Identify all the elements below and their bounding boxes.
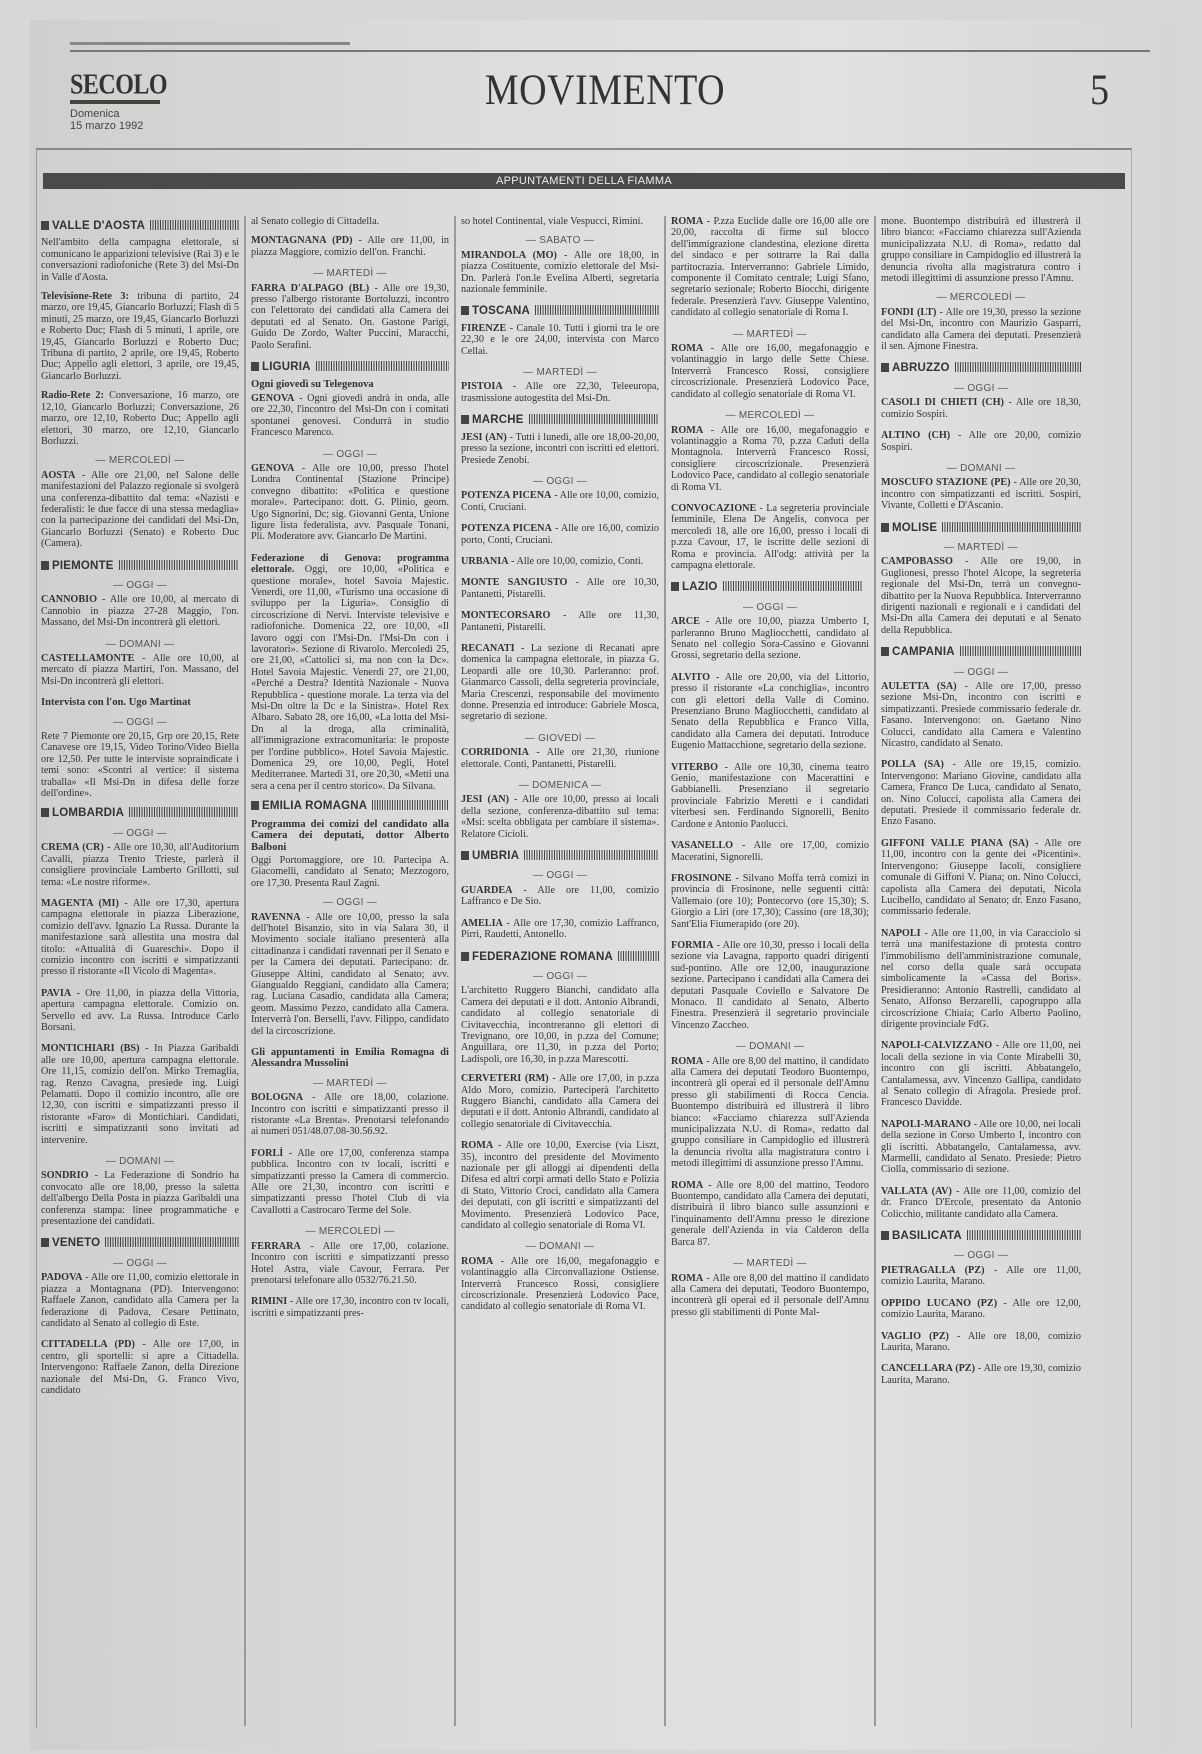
page-number: 5 [1090, 65, 1109, 116]
day-divider: — MARTEDÌ — [881, 542, 1081, 553]
event-details: - Alle ore 20,00, via del Littorio, pres… [671, 672, 869, 751]
event-entry: FROSINONE - Silvano Moffa terrà comizi i… [671, 873, 869, 930]
event-entry: OPPIDO LUCANO (PZ) - Alle ore 12,00, com… [881, 1298, 1081, 1321]
region-name: ABRUZZO [892, 362, 950, 374]
region-name: VENETO [52, 1237, 100, 1249]
event-entry: MOSCUFO STAZIONE (PE) - Alle ore 20,30, … [881, 477, 1081, 511]
event-place: FONDI (LT) [881, 307, 936, 318]
day-divider: — OGGI — [671, 602, 869, 613]
event-place: PIETRAGALLA (PZ) [881, 1265, 984, 1276]
event-place: ALTINO (CH) [881, 430, 950, 441]
event-details: - Alle ore 17,30, apertura campagna elet… [41, 898, 239, 977]
event-place: SONDRIO [41, 1170, 89, 1181]
hatch-rule [524, 850, 659, 860]
event-details: - Alle ore 19,00, in Guglionesi, presso … [881, 556, 1081, 635]
day-divider: — DOMANI — [41, 639, 239, 650]
event-place: ROMA [671, 1273, 703, 1284]
event-place: JESI (AN) [461, 794, 509, 805]
square-bullet-icon [251, 801, 259, 810]
square-bullet-icon [461, 415, 469, 424]
column-1: VALLE D'AOSTANell'ambito della campagna … [36, 216, 246, 1726]
event-place: PISTOIA [461, 381, 503, 392]
event-place: BOLOGNA [251, 1092, 303, 1103]
event-place: CITTADELLA (PD) [41, 1339, 135, 1350]
paragraph: Federazione di Genova: programma elettor… [251, 553, 449, 793]
event-place: NAPOLI-CALVIZZANO [881, 1040, 992, 1051]
square-bullet-icon [881, 363, 889, 372]
event-entry: AOSTA - Alle ore 21,00, nel Salone delle… [41, 470, 239, 550]
event-place: FARRA D'ALPAGO (BL) [251, 283, 369, 294]
subheading: Programma dei comizi del candidato alla … [251, 819, 449, 853]
day-divider: — MERCOLEDÌ — [41, 455, 239, 466]
event-entry: ROMA - Alle ore 8,00 del mattino, Teodor… [671, 1180, 869, 1248]
region-heading: FEDERAZIONE ROMANA [461, 951, 659, 963]
event-entry: FARRA D'ALPAGO (BL) - Alle ore 19,30, pr… [251, 283, 449, 351]
region-name: PIEMONTE [52, 560, 114, 572]
event-place: AMELIA [461, 918, 503, 929]
day-divider: — OGGI — [461, 476, 659, 487]
event-place: AOSTA [41, 470, 75, 481]
event-place: MAGENTA (MI) [41, 898, 119, 909]
day-divider: — MERCOLEDÌ — [881, 292, 1081, 303]
square-bullet-icon [41, 1238, 49, 1247]
event-place: RIMINI [251, 1296, 287, 1307]
event-entry: GUARDEA - Alle ore 11,00, comizio Laffra… [461, 885, 659, 908]
paragraph-text: Oggi Portomaggiore, ore 10. Partecipa A.… [251, 855, 449, 889]
event-entry: MONTE SANGIUSTO - Alle ore 10,30, Pantan… [461, 577, 659, 600]
event-entry: SONDRIO - La Federazione di Sondrio ha c… [41, 1170, 239, 1227]
event-entry: CASTELLAMONTE - Alle ore 10,00, al merca… [41, 653, 239, 687]
region-heading: EMILIA ROMAGNA [251, 800, 449, 812]
event-place: RECANATI [461, 643, 515, 654]
event-entry: CREMA (CR) - Alle ore 10,30, all'Auditor… [41, 842, 239, 888]
event-entry: FIRENZE - Canale 10. Tutti i giorni tra … [461, 323, 659, 357]
region-heading: VALLE D'AOSTA [41, 220, 239, 232]
event-place: PAVIA [41, 988, 71, 999]
day-divider: — DOMANI — [41, 1156, 239, 1167]
event-entry: CANNOBIO - Alle ore 10,00, al mercato di… [41, 594, 239, 628]
event-place: POTENZA PICENA [461, 523, 552, 534]
hatch-rule [955, 362, 1081, 372]
event-entry: FERRARA - Alle ore 17,00, colazione. Inc… [251, 1241, 449, 1287]
event-place: VALLATA (AV) [881, 1186, 952, 1197]
event-entry: VASANELLO - Alle ore 17,00, comizio Mace… [671, 840, 869, 863]
event-place: URBANIA [461, 556, 509, 567]
region-heading: MOLISE [881, 522, 1081, 534]
region-heading: TOSCANA [461, 305, 659, 317]
event-entry: POLLA (SA) - Alle ore 19,15, comizio. In… [881, 759, 1081, 827]
region-heading: LIGURIA [251, 361, 449, 373]
paragraph-lead: Radio-Rete 2: [41, 390, 104, 401]
column-2: al Senato collegio di Cittadella.MONTAGN… [246, 216, 456, 1726]
subheading: Gli appuntamenti in Emilia Romagna di Al… [251, 1047, 449, 1070]
region-heading: MARCHE [461, 414, 659, 426]
event-entry: JESI (AN) - Alle ore 10,00, presso ai lo… [461, 794, 659, 840]
event-place: PADOVA [41, 1272, 83, 1283]
paragraph: Nell'ambito della campagna elettorale, s… [41, 237, 239, 283]
square-bullet-icon [461, 306, 469, 315]
day-divider: — OGGI — [41, 1258, 239, 1269]
column-3: so hotel Continental, viale Vespucci, Ri… [456, 216, 666, 1726]
hatch-rule [723, 581, 863, 591]
event-entry: CONVOCAZIONE - La segreteria provinciale… [671, 503, 869, 571]
event-place: GENOVA [251, 393, 294, 404]
event-place: ARCE [671, 616, 700, 627]
region-name: EMILIA ROMAGNA [262, 800, 367, 812]
event-entry: GIFFONI VALLE PIANA (SA) - Alle ore 11,0… [881, 838, 1081, 918]
event-place: ROMA [671, 1180, 703, 1191]
event-entry: AMELIA - Alle ore 17,30, comizio Laffran… [461, 918, 659, 941]
hatch-rule [960, 646, 1081, 656]
paragraph-text: Nell'ambito della campagna elettorale, s… [41, 237, 239, 282]
event-place: RAVENNA [251, 912, 301, 923]
event-details: - La sezione di Recanati apre domenica l… [461, 643, 659, 722]
event-place: FERRARA [251, 1241, 301, 1252]
region-name: LOMBARDIA [52, 807, 124, 819]
region-heading: VENETO [41, 1237, 239, 1249]
event-details: - P.zza Euclide dalle ore 16,00 alle ore… [671, 216, 869, 318]
event-entry: ROMA - Alle ore 8,00 del mattino, il can… [671, 1056, 869, 1170]
event-place: MONTICHIARI (BS) [41, 1043, 139, 1054]
region-heading: PIEMONTE [41, 560, 239, 572]
hatch-rule [942, 522, 1081, 532]
region-heading: CAMPANIA [881, 646, 1081, 658]
square-bullet-icon [41, 221, 49, 230]
event-place: FROSINONE [671, 873, 732, 884]
event-place: CASOLI DI CHIETI (CH) [881, 397, 1004, 408]
day-divider: — OGGI — [461, 870, 659, 881]
event-entry: ROMA - Alle ore 10,00, Exercise (via Lis… [461, 1140, 659, 1231]
day-divider: — OGGI — [251, 449, 449, 460]
event-place: POLLA (SA) [881, 759, 944, 770]
event-entry: PIETRAGALLA (PZ) - Alle ore 11,00, comiz… [881, 1265, 1081, 1288]
hatch-rule [119, 560, 239, 570]
event-place: CREMA (CR) [41, 842, 104, 853]
event-place: CONVOCAZIONE [671, 503, 756, 514]
region-name: FEDERAZIONE ROMANA [472, 951, 613, 963]
event-entry: JESI (AN) - Tutti i lunedì, alle ore 18,… [461, 432, 659, 466]
event-entry: ALVITO - Alle ore 20,00, via del Littori… [671, 672, 869, 752]
event-entry: GENOVA - Ogni giovedì andrà in onda, all… [251, 393, 449, 439]
event-place: FIRENZE [461, 323, 506, 334]
square-bullet-icon [461, 952, 469, 961]
section-title: MOVIMENTO [30, 65, 1180, 116]
event-details: - Alle ore 10,00, comizio, Conti. [509, 556, 644, 567]
event-entry: FORLÌ - Alle ore 17,00, conferenza stamp… [251, 1148, 449, 1216]
day-divider: — MERCOLEDÌ — [671, 410, 869, 421]
event-place: VITERBO [671, 762, 718, 773]
square-bullet-icon [41, 561, 49, 570]
section-banner: APPUNTAMENTI DELLA FIAMMA [43, 173, 1125, 189]
event-place: POTENZA PICENA [461, 490, 551, 501]
subheading: Ogni giovedì su Telegenova [251, 379, 449, 390]
event-place: GENOVA [251, 463, 294, 474]
event-entry: BOLOGNA - Alle ore 18,00, colazione. Inc… [251, 1092, 449, 1138]
event-place: MONTE SANGIUSTO [461, 577, 567, 588]
day-divider: — OGGI — [881, 383, 1081, 394]
square-bullet-icon [881, 647, 889, 656]
event-details: - Alle ore 11,00, in via Caracciolo si t… [881, 928, 1081, 1030]
event-details: - Alle ore 10,30, presso i locali della … [671, 940, 869, 1031]
region-name: BASILICATA [892, 1230, 962, 1242]
paragraph: Rete 7 Piemonte ore 20,15, Grp ore 20,15… [41, 731, 239, 799]
paragraph: al Senato collegio di Cittadella. [251, 216, 449, 227]
event-entry: ROMA - Alle ore 16,00, megafonaggio e vo… [461, 1256, 659, 1313]
hatch-rule [316, 361, 449, 371]
square-bullet-icon [881, 523, 889, 532]
event-details: - Alle ore 10,00, Exercise (via Liszt, 3… [461, 1140, 659, 1231]
event-place: FORLÌ [251, 1148, 283, 1159]
paragraph: mone. Buontempo distribuirà ed illustrer… [881, 216, 1081, 284]
region-name: MOLISE [892, 522, 937, 534]
column-4: ROMA - P.zza Euclide dalle ore 16,00 all… [666, 216, 876, 1726]
column-5: mone. Buontempo distribuirà ed illustrer… [876, 216, 1086, 1726]
event-entry: CASOLI DI CHIETI (CH) - Alle ore 18,30, … [881, 397, 1081, 420]
square-bullet-icon [881, 1231, 889, 1240]
article-columns: VALLE D'AOSTANell'ambito della campagna … [36, 216, 1130, 1726]
day-divider: — SABATO — [461, 235, 659, 246]
region-name: CAMPANIA [892, 646, 955, 658]
day-divider: — OGGI — [881, 667, 1081, 678]
event-place: NAPOLI-MARANO [881, 1119, 971, 1130]
event-place: MIRANDOLA (MO) [461, 250, 557, 261]
paragraph-text: Rete 7 Piemonte ore 20,15, Grp ore 20,15… [41, 731, 239, 799]
issue-date-text: 15 marzo 1992 [70, 120, 143, 132]
hatch-rule [967, 1230, 1081, 1240]
day-divider: — MARTEDÌ — [461, 367, 659, 378]
event-details: - Alle ore 11,00, incontro con la gente … [881, 838, 1081, 917]
event-entry: CAMPOBASSO - Alle ore 19,00, in Guglione… [881, 556, 1081, 636]
event-entry: VALLATA (AV) - Alle ore 11,00, comizio d… [881, 1186, 1081, 1220]
day-divider: — DOMANI — [671, 1041, 869, 1052]
event-place: JESI (AN) [461, 432, 507, 443]
region-heading: BASILICATA [881, 1230, 1081, 1242]
paragraph-text: Oggi, ore 10,00, «Politica e questione m… [251, 564, 449, 792]
event-details: - Alle ore 10,00, piazza Umberto I, parl… [671, 616, 869, 661]
event-entry: POTENZA PICENA - Alle ore 16,00, comizio… [461, 523, 659, 546]
day-divider: — OGGI — [461, 971, 659, 982]
paragraph-lead: Televisione-Rete 3: [41, 291, 129, 302]
event-place: MONTECORSARO [461, 610, 550, 621]
top-rule-short [70, 42, 350, 45]
day-divider: — MARTEDÌ — [671, 329, 869, 340]
event-entry: MONTICHIARI (BS) - In Piazza Garibaldi a… [41, 1043, 239, 1146]
event-entry: MIRANDOLA (MO) - Alle ore 18,00, in piaz… [461, 250, 659, 296]
event-entry: ROMA - Alle ore 16,00, megafonaggio e vo… [671, 425, 869, 493]
day-divider: — MARTEDÌ — [251, 268, 449, 279]
paragraph-text: so hotel Continental, viale Vespucci, Ri… [461, 216, 643, 227]
event-entry: MONTECORSARO - Alle ore 11,30, Pantanett… [461, 610, 659, 633]
event-entry: VAGLIO (PZ) - Alle ore 18,00, comizio La… [881, 1331, 1081, 1354]
paragraph: Oggi Portomaggiore, ore 10. Partecipa A.… [251, 855, 449, 889]
region-name: LAZIO [682, 581, 718, 593]
event-entry: PADOVA - Alle ore 11,00, comizio elettor… [41, 1272, 239, 1329]
day-divider: — OGGI — [251, 897, 449, 908]
day-divider: — OGGI — [881, 1250, 1081, 1261]
event-entry: NAPOLI-MARANO - Alle ore 10,00, nei loca… [881, 1119, 1081, 1176]
paragraph: Televisione-Rete 3: tribuna di partito, … [41, 291, 239, 382]
region-heading: ABRUZZO [881, 362, 1081, 374]
event-place: GIFFONI VALLE PIANA (SA) [881, 838, 1029, 849]
paragraph-text: tribuna di partito, 24 marzo, ore 19,45,… [41, 291, 239, 382]
day-divider: — OGGI — [41, 717, 239, 728]
event-entry: ARCE - Alle ore 10,00, piazza Umberto I,… [671, 616, 869, 662]
event-entry: ROMA - Alle ore 16,00, megafonaggio e vo… [671, 343, 869, 400]
hatch-rule [618, 951, 659, 961]
event-entry: CANCELLARA (PZ) - Alle ore 19,30, comizi… [881, 1363, 1081, 1386]
event-place: ROMA [671, 425, 703, 436]
event-place: CORRIDONIA [461, 747, 529, 758]
region-name: TOSCANA [472, 305, 530, 317]
event-place: CANNOBIO [41, 594, 97, 605]
event-entry: PAVIA - Ore 11,00, in piazza della Vitto… [41, 988, 239, 1034]
hatch-rule [129, 807, 239, 817]
event-entry: CERVETERI (RM) - Alle ore 17,00, in p.zz… [461, 1073, 659, 1130]
day-divider: — MARTEDÌ — [671, 1258, 869, 1269]
hatch-rule [372, 800, 449, 810]
paragraph: L'architetto Ruggero Bianchi, candidato … [461, 985, 659, 1065]
day-divider: — MERCOLEDÌ — [251, 1226, 449, 1237]
event-entry: FONDI (LT) - Alle ore 19,30, presso la s… [881, 307, 1081, 353]
event-place: GUARDEA [461, 885, 513, 896]
day-divider: — OGGI — [41, 828, 239, 839]
event-place: OPPIDO LUCANO (PZ) [881, 1298, 997, 1309]
event-place: CANCELLARA (PZ) [881, 1363, 975, 1374]
event-details: - Alle ore 10,00, presso l'hotel Londra … [251, 463, 449, 542]
hatch-rule [529, 414, 659, 424]
paragraph-text: mone. Buontempo distribuirà ed illustrer… [881, 216, 1081, 284]
event-entry: MAGENTA (MI) - Alle ore 17,30, apertura … [41, 898, 239, 978]
event-place: MONTAGNANA (PD) [251, 235, 352, 246]
event-place: NAPOLI [881, 928, 921, 939]
event-place: ROMA [461, 1140, 493, 1151]
event-details: - Alle ore 21,00, nel Salone delle manif… [41, 470, 239, 549]
event-place: VASANELLO [671, 840, 733, 851]
event-place: CERVETERI (RM) [461, 1073, 549, 1084]
event-entry: URBANIA - Alle ore 10,00, comizio, Conti… [461, 556, 659, 567]
region-heading: LOMBARDIA [41, 807, 239, 819]
event-entry: ALTINO (CH) - Alle ore 20,00, comizio So… [881, 430, 1081, 453]
event-entry: GENOVA - Alle ore 10,00, presso l'hotel … [251, 463, 449, 543]
day-divider: — DOMANI — [461, 1241, 659, 1252]
event-place: ROMA [461, 1256, 493, 1267]
region-heading: LAZIO [671, 581, 869, 593]
square-bullet-icon [251, 362, 259, 371]
event-place: ROMA [671, 343, 703, 354]
day-divider: — DOMENICA — [461, 780, 659, 791]
paragraph-text: al Senato collegio di Cittadella. [251, 216, 379, 227]
event-place: VAGLIO (PZ) [881, 1331, 949, 1342]
day-divider: — DOMANI — [881, 463, 1081, 474]
event-place: AULETTA (SA) [881, 681, 957, 692]
event-place: FORMIA [671, 940, 713, 951]
day-divider: — MARTEDÌ — [251, 1078, 449, 1089]
event-place: ROMA [671, 1056, 703, 1067]
event-entry: RIMINI - Alle ore 17,30, incontro con tv… [251, 1296, 449, 1319]
square-bullet-icon [41, 808, 49, 817]
event-place: ROMA [671, 216, 703, 227]
region-name: MARCHE [472, 414, 524, 426]
event-place: MOSCUFO STAZIONE (PE) [881, 477, 1011, 488]
day-divider: — OGGI — [41, 580, 239, 591]
event-entry: FORMIA - Alle ore 10,30, presso i locali… [671, 940, 869, 1031]
paragraph-text: L'architetto Ruggero Bianchi, candidato … [461, 985, 659, 1064]
square-bullet-icon [671, 582, 679, 591]
region-name: UMBRIA [472, 850, 519, 862]
top-rule [70, 50, 1150, 52]
hatch-rule [105, 1237, 239, 1247]
event-entry: POTENZA PICENA - Alle ore 10,00, comizio… [461, 490, 659, 513]
event-place: CASTELLAMONTE [41, 653, 134, 664]
event-place: ALVITO [671, 672, 710, 683]
paragraph: so hotel Continental, viale Vespucci, Ri… [461, 216, 659, 227]
region-heading: UMBRIA [461, 850, 659, 862]
event-entry: CORRIDONIA - Alle ore 21,30, riunione el… [461, 747, 659, 770]
event-place: CAMPOBASSO [881, 556, 953, 567]
event-entry: CITTADELLA (PD) - Alle ore 17,00, in cen… [41, 1339, 239, 1396]
event-entry: MONTAGNANA (PD) - Alle ore 11,00, in pia… [251, 235, 449, 258]
event-entry: ROMA - Alle ore 8,00 del mattino il cand… [671, 1273, 869, 1319]
event-entry: VITERBO - Alle ore 10,30, cinema teatro … [671, 762, 869, 830]
event-entry: PISTOIA - Alle ore 22,30, Teleeuropa, tr… [461, 381, 659, 404]
hatch-rule [150, 220, 239, 230]
subheading: Intervista con l'on. Ugo Martinat [41, 697, 239, 708]
region-name: VALLE D'AOSTA [52, 220, 145, 232]
paragraph: Radio-Rete 2: Conversazione, 16 marzo, o… [41, 390, 239, 447]
event-details: - Ore 11,00, in piazza della Vittoria, a… [41, 988, 239, 1033]
event-entry: RECANATI - La sezione di Recanati apre d… [461, 643, 659, 723]
region-name: LIGURIA [262, 361, 311, 373]
hatch-rule [535, 305, 659, 315]
event-entry: NAPOLI-CALVIZZANO - Alle ore 11,00, nei … [881, 1040, 1081, 1108]
event-entry: NAPOLI - Alle ore 11,00, in via Caraccio… [881, 928, 1081, 1031]
event-entry: ROMA - P.zza Euclide dalle ore 16,00 all… [671, 216, 869, 319]
event-details: - Alle ore 8,00 del mattino, il candidat… [671, 1056, 869, 1170]
event-entry: AULETTA (SA) - Alle ore 17,00, presso se… [881, 681, 1081, 749]
event-entry: RAVENNA - Alle ore 10,00, presso la sala… [251, 912, 449, 1037]
event-details: - Alle ore 10,00, presso la sala dell'ho… [251, 912, 449, 1037]
square-bullet-icon [461, 851, 469, 860]
day-divider: — GIOVEDÌ — [461, 733, 659, 744]
event-details: - In Piazza Garibaldi alle ore 10,00, ap… [41, 1043, 239, 1145]
